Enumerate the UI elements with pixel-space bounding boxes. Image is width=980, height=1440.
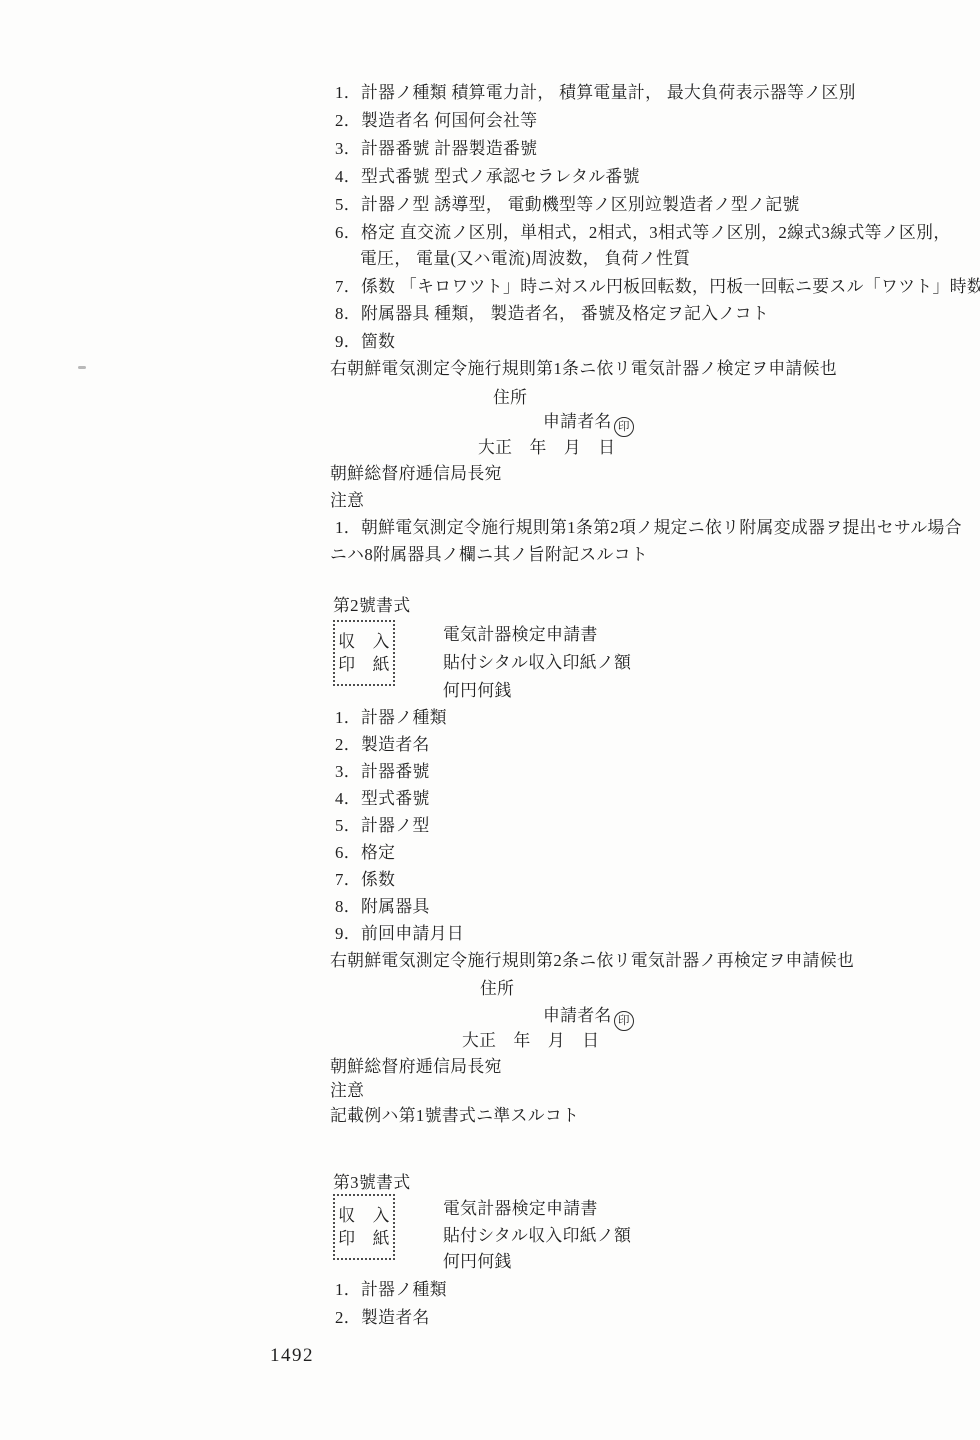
form1-item-6-continuation: 電圧， 電量(又ハ電流)周波数， 負荷ノ性質 <box>360 248 690 270</box>
form3-item-2: 2．製造者名 <box>335 1307 430 1329</box>
form1-item-2: 2．製造者名 何国何会社等 <box>335 110 537 132</box>
form1-item-8: 8．附属器具 種類， 製造者名， 番號及格定ヲ記入ノコト <box>335 303 769 325</box>
form3-stamp-line-2: 印 紙 <box>338 1229 390 1249</box>
form2-addressee: 朝鮮総督府逓信局長宛 <box>330 1056 502 1078</box>
form1-item-3: 3．計器番號 計器製造番號 <box>335 138 537 160</box>
form1-item-4: 4．型式番號 型式ノ承認セラレタル番號 <box>335 166 640 188</box>
form1-note-label: 注意 <box>330 490 364 512</box>
form2-note-label: 注意 <box>330 1080 364 1102</box>
form1-closing-statement: 右朝鮮電気測定令施行規則第1条ニ依リ電気計器ノ検定ヲ申請候也 <box>330 358 837 380</box>
form1-note-line-1: 1．朝鮮電気測定令施行規則第1条第2項ノ規定ニ依リ附属変成器ヲ提出セサル場合 <box>335 517 962 539</box>
form2-item-6: 6．格定 <box>335 842 395 864</box>
form3-title-line-2: 貼付シタル収入印紙ノ額 <box>443 1225 631 1247</box>
form2-stamp-line-2: 印 紙 <box>338 655 390 675</box>
form2-item-4: 4．型式番號 <box>335 788 430 810</box>
form1-address-label: 住所 <box>493 387 527 409</box>
seal-icon: 印 <box>614 417 634 437</box>
form2-stamp-line-1: 収 入 <box>338 632 390 652</box>
form3-revenue-stamp-box: 収 入 印 紙 <box>333 1194 395 1260</box>
form2-note-line-1: 記載例ハ第1號書式ニ準スルコト <box>330 1105 579 1127</box>
form2-item-1: 1．計器ノ種類 <box>335 707 447 729</box>
seal-icon: 印 <box>614 1011 634 1031</box>
scanned-document-page: 1．計器ノ種類 積算電力計， 積算電量計， 最大負荷表示器等ノ区別 2．製造者名… <box>0 0 980 1440</box>
form2-address-label: 住所 <box>480 978 514 1000</box>
form2-item-8: 8．附属器具 <box>335 896 430 918</box>
form1-item-1: 1．計器ノ種類 積算電力計， 積算電量計， 最大負荷表示器等ノ区別 <box>335 82 856 104</box>
form3-item-1: 1．計器ノ種類 <box>335 1279 447 1301</box>
form2-item-7: 7．係数 <box>335 869 395 891</box>
form1-item-9: 9．箇数 <box>335 331 395 353</box>
form2-heading: 第2號書式 <box>333 595 411 617</box>
form1-applicant-label: 申請者名 <box>543 412 612 431</box>
form1-item-7: 7．係数 「キロワツト」時ニ対スル円板回転数，円板一回転ニ要スル「ワツト」時数 <box>335 276 980 298</box>
form2-item-5: 5．計器ノ型 <box>335 815 430 837</box>
form2-revenue-stamp-box: 収 入 印 紙 <box>333 620 395 686</box>
page-number: 1492 <box>270 1345 314 1367</box>
form1-item-5: 5．計器ノ型 誘導型， 電動機型等ノ区別竝製造者ノ型ノ記號 <box>335 194 800 216</box>
form1-applicant-line: 申請者名印 <box>543 411 634 437</box>
form2-applicant-line: 申請者名印 <box>543 1005 634 1031</box>
form2-item-9: 9．前回申請月日 <box>335 923 464 945</box>
form2-applicant-label: 申請者名 <box>543 1006 612 1025</box>
form2-title-line-2: 貼付シタル収入印紙ノ額 <box>443 652 631 674</box>
form2-title: 電気計器検定申請書 <box>443 624 598 646</box>
form1-item-6: 6．格定 直交流ノ区別，単相式，2相式，3相式等ノ区別，2線式3線式等ノ区別， <box>335 222 951 244</box>
form2-closing-statement: 右朝鮮電気測定令施行規則第2条ニ依リ電気計器ノ再検定ヲ申請候也 <box>330 950 854 972</box>
form2-item-2: 2．製造者名 <box>335 734 430 756</box>
form3-title: 電気計器検定申請書 <box>443 1198 598 1220</box>
form3-stamp-line-1: 収 入 <box>338 1206 390 1226</box>
scan-speck <box>78 366 86 369</box>
form2-date-line: 大正 年 月 日 <box>462 1030 599 1052</box>
form1-addressee: 朝鮮総督府逓信局長宛 <box>330 463 502 485</box>
form3-heading: 第3號書式 <box>333 1172 411 1194</box>
form3-title-line-3: 何円何銭 <box>443 1251 512 1273</box>
form2-title-line-3: 何円何銭 <box>443 680 512 702</box>
form2-item-3: 3．計器番號 <box>335 761 430 783</box>
form1-note-line-2: ニハ8附属器具ノ欄ニ其ノ旨附記スルコト <box>330 544 648 566</box>
form1-date-line: 大正 年 月 日 <box>478 437 615 459</box>
